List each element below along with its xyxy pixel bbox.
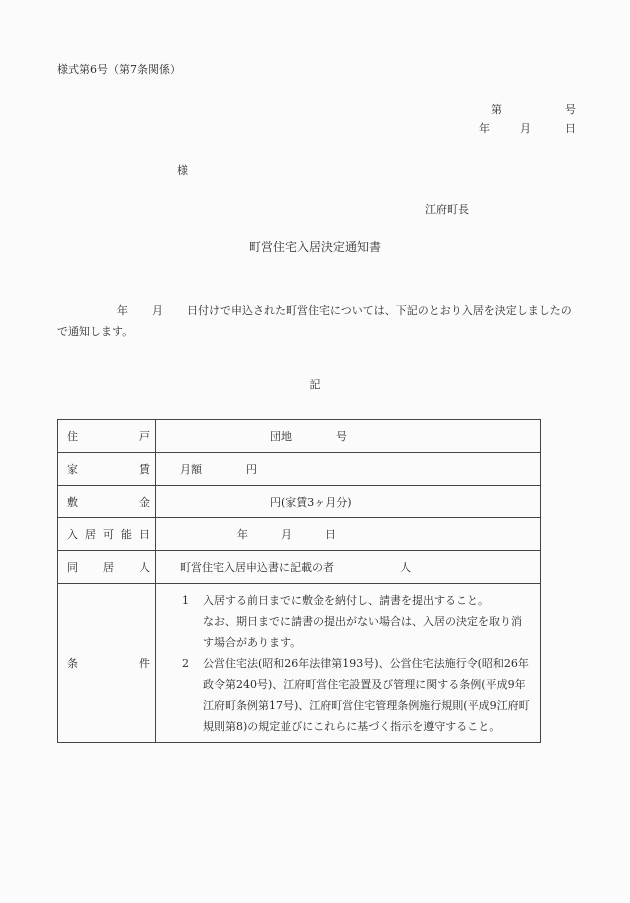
label-char: 能 bbox=[121, 526, 132, 542]
label-char: 人 bbox=[139, 559, 150, 575]
table-row: 条件 1 入居する前日までに敷金を納付し、請書を提出すること。 なお、期日までに… bbox=[58, 584, 541, 743]
notice-table: 住戸 団地 号 家賃 月額 円 敷金 円(家賃3ヶ月分) 入居可能日 年 月 日 bbox=[57, 419, 541, 743]
label-char: 条 bbox=[67, 655, 78, 671]
deposit-label-cell: 敷金 bbox=[58, 486, 156, 518]
month-label: 月 bbox=[520, 122, 531, 135]
table-row: 入居可能日 年 月 日 bbox=[58, 518, 541, 551]
rent-value-cell: 月額 円 bbox=[156, 453, 541, 486]
label-char: 入 bbox=[67, 526, 78, 542]
label-char: 居 bbox=[103, 559, 114, 575]
label-char: 可 bbox=[103, 526, 114, 542]
table-row: 家賃 月額 円 bbox=[58, 453, 541, 486]
deposit-value-cell: 円(家賃3ヶ月分) bbox=[156, 486, 541, 518]
document-number-block: 第号 年月日 bbox=[479, 100, 576, 138]
condition-paragraph: なお、期日までに請書の提出がない場合は、入居の決定を取り消す場合があります。 bbox=[203, 611, 532, 653]
label-char: 家 bbox=[67, 461, 78, 477]
label-char: 戸 bbox=[139, 428, 150, 444]
body-line-2: で通知します。 bbox=[57, 321, 577, 342]
date-line: 年月日 bbox=[479, 119, 576, 138]
movein-date-label-cell: 入居可能日 bbox=[58, 518, 156, 551]
dai-label: 第 bbox=[491, 103, 502, 116]
body-line-1: 年月日付けで申込された町営住宅については、下記のとおり入居を決定しましたの bbox=[57, 300, 577, 321]
record-mark: 記 bbox=[0, 377, 630, 393]
condition-paragraph: 入居する前日までに敷金を納付し、請書を提出すること。 bbox=[203, 590, 532, 611]
go-label: 号 bbox=[565, 103, 576, 116]
body-year: 年 bbox=[117, 304, 128, 317]
recipient-honorific: 様 bbox=[177, 163, 188, 178]
conditions-label-cell: 条件 bbox=[58, 584, 156, 743]
label-char: 敷 bbox=[67, 494, 78, 510]
condition-text: 公営住宅法(昭和26年法律第193号)、公営住宅法施行令(昭和26年政令第240… bbox=[203, 653, 532, 737]
label-char: 同 bbox=[67, 559, 78, 575]
label-char: 居 bbox=[85, 526, 96, 542]
day-label: 日 bbox=[565, 122, 576, 135]
condition-text: 入居する前日までに敷金を納付し、請書を提出すること。 なお、期日までに請書の提出… bbox=[203, 590, 532, 653]
table-row: 敷金 円(家賃3ヶ月分) bbox=[58, 486, 541, 518]
condition-item-2: 2 公営住宅法(昭和26年法律第193号)、公営住宅法施行令(昭和26年政令第2… bbox=[156, 653, 532, 737]
label-char: 日 bbox=[139, 526, 150, 542]
condition-number: 1 bbox=[182, 590, 203, 611]
label-char: 件 bbox=[139, 655, 150, 671]
condition-item-1: 1 入居する前日までに敷金を納付し、請書を提出すること。 なお、期日までに請書の… bbox=[156, 590, 532, 653]
condition-number: 2 bbox=[182, 653, 203, 674]
label-char: 賃 bbox=[139, 461, 150, 477]
cohabitant-value-cell: 町営住宅入居申込書に記載の者 人 bbox=[156, 551, 541, 584]
table-row: 住戸 団地 号 bbox=[58, 420, 541, 453]
year-label: 年 bbox=[479, 122, 490, 135]
cohabitant-label-cell: 同居人 bbox=[58, 551, 156, 584]
unit-value-cell: 団地 号 bbox=[156, 420, 541, 453]
document-number-line: 第号 bbox=[479, 100, 576, 119]
body-rest: 日付けで申込された町営住宅については、下記のとおり入居を決定しましたの bbox=[187, 304, 572, 317]
body-month: 月 bbox=[152, 304, 163, 317]
document-title: 町営住宅入居決定通知書 bbox=[0, 239, 630, 255]
sender-name: 江府町長 bbox=[425, 202, 469, 217]
rent-label-cell: 家賃 bbox=[58, 453, 156, 486]
form-number: 様式第6号（第7条関係） bbox=[57, 62, 181, 77]
body-paragraph: 年月日付けで申込された町営住宅については、下記のとおり入居を決定しましたの で通… bbox=[57, 300, 577, 342]
label-char: 住 bbox=[67, 428, 78, 444]
table-row: 同居人 町営住宅入居申込書に記載の者 人 bbox=[58, 551, 541, 584]
notice-document-page: 様式第6号（第7条関係） 第号 年月日 様 江府町長 町営住宅入居決定通知書 年… bbox=[0, 0, 630, 903]
condition-paragraph: 公営住宅法(昭和26年法律第193号)、公営住宅法施行令(昭和26年政令第240… bbox=[203, 653, 532, 737]
conditions-value-cell: 1 入居する前日までに敷金を納付し、請書を提出すること。 なお、期日までに請書の… bbox=[156, 584, 541, 743]
movein-date-value-cell: 年 月 日 bbox=[156, 518, 541, 551]
label-char: 金 bbox=[139, 494, 150, 510]
unit-label-cell: 住戸 bbox=[58, 420, 156, 453]
